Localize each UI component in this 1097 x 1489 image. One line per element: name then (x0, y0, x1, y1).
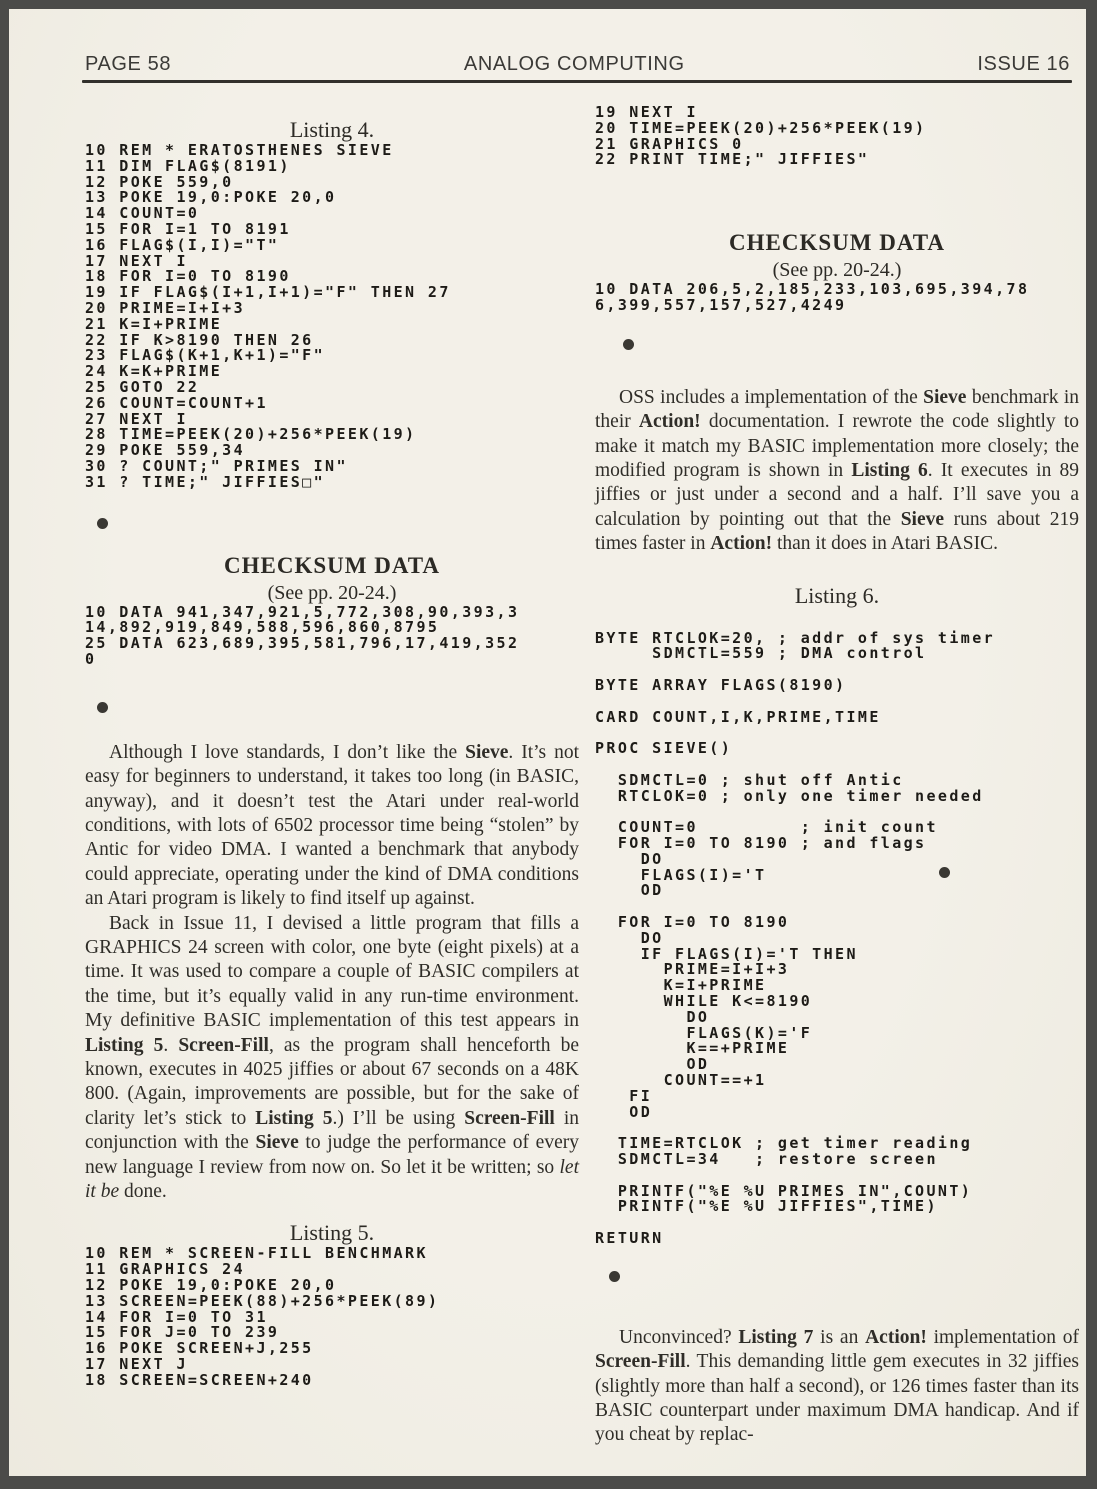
header-rule (82, 80, 1072, 83)
inline-bullet (939, 867, 950, 878)
body-paragraph: Although I love standards, I don’t like … (85, 741, 579, 912)
page-number: PAGE 58 (85, 53, 171, 76)
body-paragraph: OSS includes a implementation of the Sie… (595, 386, 1079, 557)
listing-5-code: 10 REM * SCREEN-FILL BENCHMARK 11 GRAPHI… (85, 1246, 579, 1388)
section-bullet (97, 702, 108, 713)
checksum-data-subheading: (See pp. 20-24.) (595, 258, 1079, 282)
checksum-data-code: 10 DATA 941,347,921,5,772,308,90,393,3 1… (85, 605, 579, 668)
section-bullet (623, 339, 634, 350)
page-header: PAGE 58 ANALOG COMPUTING ISSUE 16 (85, 53, 1070, 76)
listing-6-code: BYTE RTCLOK=20, ; addr of sys timer SDMC… (595, 631, 1079, 1247)
magazine-page-scan: PAGE 58 ANALOG COMPUTING ISSUE 16 Listin… (0, 0, 1097, 1489)
listing-6-block: BYTE RTCLOK=20, ; addr of sys timer SDMC… (595, 631, 1079, 1247)
checksum-data-code: 10 DATA 206,5,2,185,233,103,695,394,78 6… (595, 282, 1079, 314)
body-paragraph: Back in Issue 11, I devised a little pro… (85, 912, 579, 1205)
issue-number: ISSUE 16 (977, 53, 1070, 76)
listing-4-title: Listing 4. (85, 117, 579, 143)
listing-4-continued-code: 19 NEXT I 20 TIME=PEEK(20)+256*PEEK(19) … (595, 105, 1079, 168)
body-paragraph: Unconvinced? Listing 7 is an Action! imp… (595, 1326, 1079, 1448)
right-column: 19 NEXT I 20 TIME=PEEK(20)+256*PEEK(19) … (595, 105, 1079, 1448)
left-column: Listing 4. 10 REM * ERATOSTHENES SIEVE 1… (85, 105, 579, 1389)
checksum-data-heading: CHECKSUM DATA (85, 553, 579, 579)
section-bullet (609, 1271, 620, 1282)
listing-6-title: Listing 6. (595, 583, 1079, 609)
listing-5-title: Listing 5. (85, 1220, 579, 1246)
listing-4-code: 10 REM * ERATOSTHENES SIEVE 11 DIM FLAG$… (85, 143, 579, 491)
magazine-title: ANALOG COMPUTING (464, 53, 685, 76)
page-sheet: PAGE 58 ANALOG COMPUTING ISSUE 16 Listin… (9, 9, 1086, 1476)
checksum-data-subheading: (See pp. 20-24.) (85, 581, 579, 605)
section-bullet (97, 518, 108, 529)
checksum-data-heading: CHECKSUM DATA (595, 230, 1079, 256)
